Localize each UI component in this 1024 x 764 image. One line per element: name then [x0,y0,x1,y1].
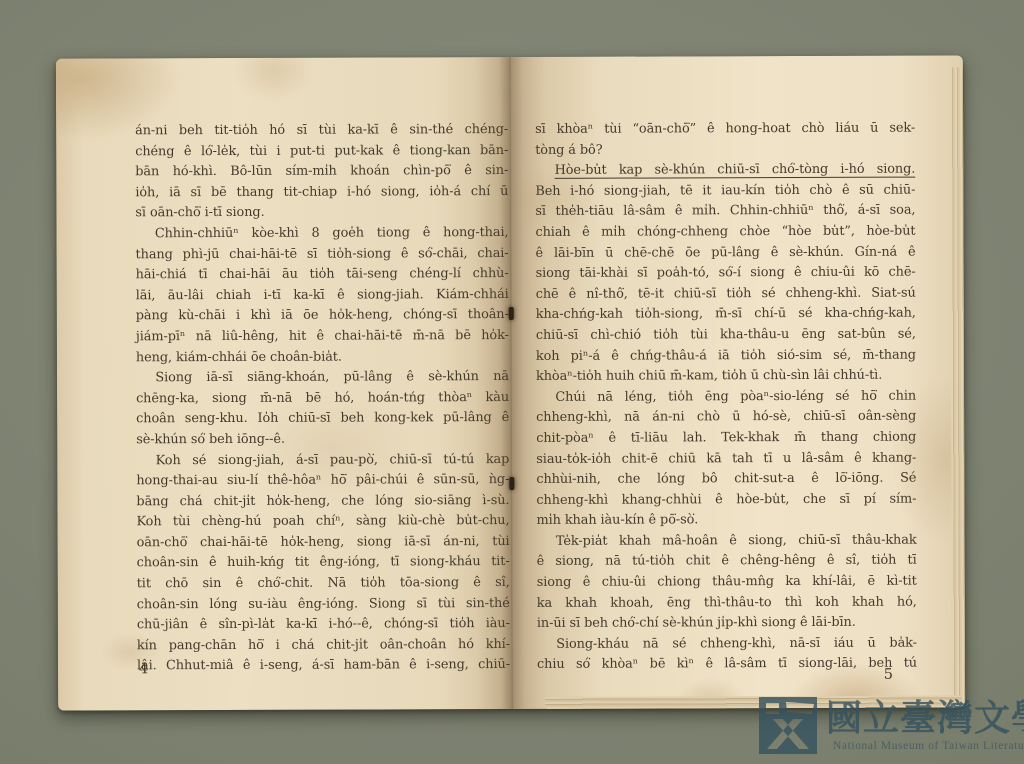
text-line: choân seng-khu. Io̍h chiū-sī beh kong-ke… [136,408,509,430]
page-stack-edge-right [950,67,965,704]
text-line: chū-jiân ê sîn-pì-la̍t ka-kī i-hó--ê, ch… [137,614,510,636]
text-line: sī the̍h-tiāu lâ-sâm ê mi̍h. Chhin-chhiū… [535,201,915,223]
text-line: siong ê chiu-ûi chiong thâu-mn̂g ka khí-… [537,572,917,594]
text-line: Koh sé siong-jiah, á-sī pau-pò͘, chiū-sī… [136,450,509,472]
text-line: án-ni beh tit-tio̍h hó sī tùi ka-kī ê si… [135,120,508,142]
text-line: lâi. Chhut-miâ ê i-seng, á-sī ham-bān ê … [137,655,510,677]
text-line: Beh i-hó siong-jiah, tē it iau-kín tio̍h… [535,180,915,202]
text-line: koh piⁿ-á ê chńg-thâu-á iā tio̍h sió-sim… [536,345,916,367]
open-book-spread: án-ni beh tit-tio̍h hó sī tùi ka-kī ê si… [56,55,965,710]
staple-icon [509,477,514,490]
text-line: chéng ê ló͘-le̍k, tùi i put-ti put-kak ê… [135,141,508,163]
text-line: heng, kiám-chhái ōe choân-bia̍t. [136,347,509,369]
text-line: chit-pòaⁿ ê tī-liāu lah. Tek-khak m̄ tha… [536,427,916,449]
text-line: kín pang-chān hō͘ i chá chit-ji̍t oân-ch… [137,635,510,657]
left-page-text: án-ni beh tit-tio̍h hó sī tùi ka-kī ê si… [135,120,510,677]
text-line: sī oān-chō͘ i-tī siong. [135,202,508,224]
text-line: Siong-kháu nā sé chheng-khì, nā-sī iáu ū… [537,633,917,655]
text-line: chheng-khì, nā án-ni chò ū hó-sè, chiū-s… [536,407,916,429]
text-line: hong-thai-au siu-lí thê-hôaⁿ hō͘ pâi-chú… [136,470,509,492]
text-line: ê lāi-bīn ū chē-chē ōe pū-lâng ê sè-khún… [536,242,916,264]
text-line: chiah ê mi̍h chóng-chheng chòe “hòe bu̍t… [535,222,915,244]
section-heading: Hòe-bu̍t kap sè-khún chiū-sī chó͘-tòng i… [535,160,915,182]
text-line: Koh tùi chèng-hú poah chíⁿ, sàng kiù-chè… [136,511,509,533]
text-line: tòng á bô? [535,139,915,161]
text-line: bān hó-khì. Bô-lūn sím-mi̍h khoán chìn-p… [135,161,508,183]
text-line: hāi-chiá tī chai-hāi āu tio̍h tāi-seng c… [136,264,509,286]
watermark-title-cn: 國立臺灣文學館 [826,697,1024,739]
text-line: Chúi nā léng, tio̍h ēng pòaⁿ-sio-léng sé… [536,386,916,408]
watermark-text-block: 國立臺灣文學館 National Museum of Taiwan Litera… [826,697,1024,753]
text-line: sè-khún só͘ beh iōng--ê. [136,429,509,451]
text-line: siau-to̍k-io̍h chit-ē chiū kā tah tī u l… [536,448,916,470]
text-line: siong tāi-khài sī poa̍h-tó, só͘-í siong … [536,263,916,285]
text-line: io̍h, iā sī bē thang tit-chiap i-hó sion… [135,182,508,204]
text-line: oān-chō͘ chai-hāi-tē ho̍k-heng, siong iā… [137,532,510,554]
right-page-text: sī khòaⁿ tùi “oān-chō͘” ê hong-hoat chò … [535,119,917,676]
text-line: choân-sin lóng su-iàu êng-ióng. Siong sī… [137,594,510,616]
scanned-book-spread: { "colors": { "background": "#7b7f6e", "… [0,0,1024,764]
text-line: mi̍h khah iàu-kín ê pō͘-sò͘. [536,510,916,532]
text-line: chēng-ka, siong m̄-nā bē hó, hoán-tńg th… [136,388,509,410]
text-line: tit chō sin ê chó͘-chit. Nā tio̍h tōa-si… [137,573,510,595]
text-line: in-ūi sī beh chó͘-chí sè-khún ji̍p-khì s… [537,613,917,635]
text-line: choân-sin ê huih-kńg tit êng-ióng, tī si… [137,552,510,574]
page-number-left: 4 [139,661,148,677]
museum-watermark: 國立臺灣文學館 National Museum of Taiwan Litera… [759,697,1024,754]
nmtl-seal-icon [759,697,817,754]
text-line: ka khah khoah, ēng thì-thâu-to thì koh k… [537,592,917,614]
text-line: chē ê nî-thô͘, tē-it chiū-sī tio̍h sé ch… [536,283,916,305]
text-line: lāi, āu-lâi chiah i-tī ka-kī ê siong-jia… [136,285,509,307]
text-line: Te̍k-pia̍t khah mâ-hoân ê siong, chiū-sī… [537,530,917,552]
watermark-title-en: National Museum of Taiwan Literature [833,740,1024,753]
text-line: Chhin-chhiūⁿ kòe-khì 8 goe̍h tiong ê hon… [135,223,508,245]
staple-icon [508,307,513,320]
text-line: khòaⁿ-tio̍h huih chiū m̄-kam, tio̍h ū ch… [536,366,916,388]
text-line: chheng-khì khang-chhùi ê hòe-bu̍t, che s… [536,489,916,511]
text-line: chhùi-nih, che lóng bô chit-sut-a ê lō͘-… [536,469,916,491]
text-line: Siong iā-sī siāng-khoán, pū-lâng ê sè-kh… [136,367,509,389]
text-line: jiám-pīⁿ nā liû-hêng, hit ê chai-hāi-tē … [136,326,509,348]
text-line: bāng chá chit-ji̍t ho̍k-heng, che lóng s… [136,491,509,513]
text-line: pàng kù-chāi i khì iā ōe ho̍k-heng, chón… [136,305,509,327]
page-number-right: 5 [537,667,917,684]
text-line: sī khòaⁿ tùi “oān-chō͘” ê hong-hoat chò … [535,119,915,141]
text-line: thang phì-jū chai-hāi-tē sī tio̍h-siong … [136,244,509,266]
text-line: ê siong, nā tú-tio̍h chit ê chêng-hêng ê… [537,551,917,573]
text-line: chiū-sī chì-chió tio̍h tùi kha-thâu-u ēn… [536,325,916,347]
text-line: kha-chńg-kah tio̍h-siong, m̄-sī chí-ū sé… [536,304,916,326]
